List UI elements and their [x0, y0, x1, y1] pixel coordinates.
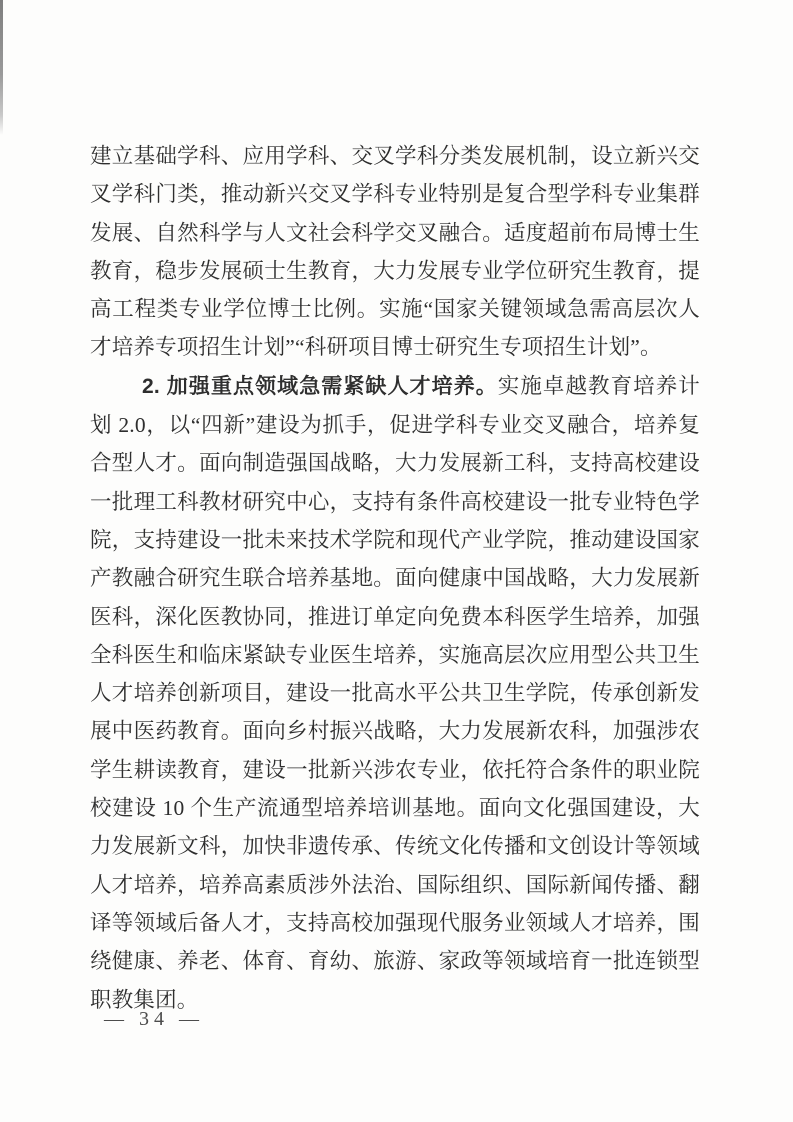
paragraph-heading-run: 2. 加强重点领域急需紧缺人才培养。: [142, 375, 498, 398]
paragraph-text-run: 实施卓越教育培养计划 2.0，以“四新”建设为抓手，促进学科专业交叉融合，培养复…: [90, 374, 700, 1012]
document-body: 建立基础学科、应用学科、交叉学科分类发展机制，设立新兴交叉学科门类，推动新兴交叉…: [90, 137, 700, 1019]
scan-edge-artifact: [0, 0, 3, 135]
paragraph-2: 2. 加强重点领域急需紧缺人才培养。实施卓越教育培养计划 2.0，以“四新”建设…: [90, 367, 700, 1019]
page-number: — 34 —: [104, 1008, 204, 1031]
document-page: 建立基础学科、应用学科、交叉学科分类发展机制，设立新兴交叉学科门类，推动新兴交叉…: [0, 0, 793, 1122]
paragraph-text-run: 建立基础学科、应用学科、交叉学科分类发展机制，设立新兴交叉学科门类，推动新兴交叉…: [90, 144, 700, 359]
paragraph-1: 建立基础学科、应用学科、交叉学科分类发展机制，设立新兴交叉学科门类，推动新兴交叉…: [90, 137, 700, 367]
